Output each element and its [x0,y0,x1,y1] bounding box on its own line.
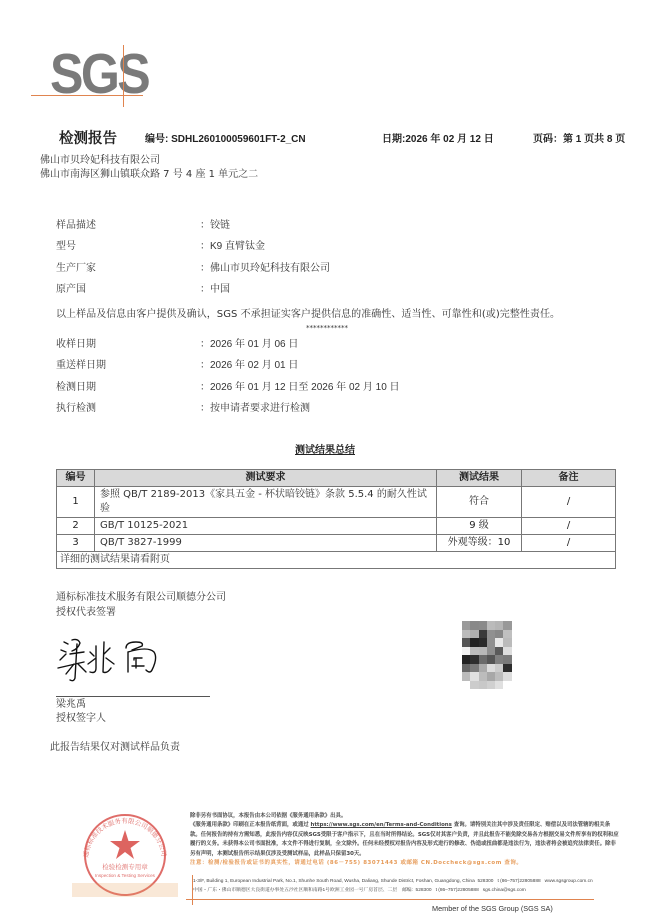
cell-remark: / [522,518,616,535]
sgs-member-text: Member of the SGS Group (SGS SA) [432,904,553,913]
header-result: 测试结果 [437,470,522,487]
footer-terms: 除非另有书面协议，本报告由本公司依据《服务通用条款》出具。 《服务通用条款》印刷… [190,812,620,868]
official-stamp: 通标标准技术服务有限公司顺德分公司 检验检测专用章 Inspection & T… [70,805,180,905]
address-cn: 中国・广东・佛山市顺德区大良街道办事处五沙社区顺和南路1号欧洲工业园一号厂房首层… [193,886,413,895]
svg-text:Inspection & Testing Services: Inspection & Testing Services [95,873,156,878]
cell-no: 1 [57,487,95,518]
cell-remark: / [522,535,616,552]
signer-title: 授权签字人 [56,712,106,726]
field-value: ：铰链 [200,219,230,233]
logo-text: SGS [50,49,148,99]
field-value: ：2026 年 01 月 06 日 [200,338,298,352]
postcode: 528300 [416,886,432,895]
footer-address-block: 1-3/F, Building 1, European Industrial P… [193,877,593,895]
phone: t (86–757)22805888 [497,877,540,886]
report-number: 编号: SDHL260100059601FT-2_CN [145,130,306,145]
field-value: ：按申请者要求进行检测 [200,402,310,416]
report-date: 日期:2026 年 02 月 12 日 [382,130,494,145]
phone: t (86–757)22805888 [436,886,479,895]
field-value: ：K9 直臂钛金 [200,240,265,254]
footer-line-1: 除非另有书面协议，本报告由本公司依据《服务通用条款》出具。 [190,812,620,821]
field-label: 重送样日期 [56,359,106,373]
footer-horizontal-line [186,899,594,900]
address-en: 1-3/F, Building 1, European Industrial P… [193,877,475,886]
field-label: 收样日期 [56,338,96,352]
cell-requirement: 参照 QB/T 2189-2013《家具五金 - 杯状暗铰链》条款 5.5.4 … [95,487,437,518]
footer-line-2: 《服务通用条款》印刷在正本报告纸背面，或通过 https://www.sgs.c… [190,821,620,859]
report-title: 检测报告 [59,127,117,148]
signer-block: 梁兆禹 授权签字人 [56,698,106,726]
responsibility-note: 此报告结果仅对测试样品负责 [50,738,180,753]
postcode: 528300 [477,877,493,886]
separator-stars: ************ [306,324,348,332]
signer-name: 梁兆禹 [56,698,106,712]
cell-remark: / [522,487,616,518]
cell-no: 3 [57,535,95,552]
qr-code [462,621,512,689]
client-block: 佛山市贝玲妃科技有限公司 佛山市南海区狮山镇联众路 7 号 4 座 1 单元之二 [40,154,258,182]
field-label: 执行检测 [56,402,96,416]
table-row: 1 参照 QB/T 2189-2013《家具五金 - 杯状暗铰链》条款 5.5.… [57,487,616,518]
client-name: 佛山市贝玲妃科技有限公司 [40,154,258,168]
field-label: 生产厂家 [56,262,96,276]
summary-title: 测试结果总结 [0,441,650,456]
header-no: 编号 [57,470,95,487]
cell-requirement: GB/T 10125-2021 [95,518,437,535]
website[interactable]: www.sgsgroup.com.cn [545,877,593,886]
logo-horizontal-line [31,95,143,96]
table-footer-row: 详细的测试结果请看附页 [57,552,616,569]
authenticity-notice: 注意：检测/检验报告或证书的真实性，请通过电话 (86－755) 8307144… [190,859,620,868]
field-value: ：2026 年 01 月 12 日至 2026 年 02 月 10 日 [200,381,400,395]
cell-result: 9 级 [437,518,522,535]
field-label: 原产国 [56,283,86,297]
address-cn-line: 中国・广东・佛山市顺德区大良街道办事处五沙社区顺和南路1号欧洲工业园一号厂房首层… [193,886,593,895]
field-value: ：佛山市贝玲妃科技有限公司 [200,262,330,276]
cell-requirement: QB/T 3827-1999 [95,535,437,552]
cell-result: 外观等级：10 [437,535,522,552]
signature-line [56,696,210,697]
cell-result: 符合 [437,487,522,518]
client-address: 佛山市南海区狮山镇联众路 7 号 4 座 1 单元之二 [40,168,258,182]
header-requirement: 测试要求 [95,470,437,487]
address-en-line: 1-3/F, Building 1, European Industrial P… [193,877,593,886]
signing-company: 通标标准技术服务有限公司顺德分公司 [56,590,226,605]
results-table: 编号 测试要求 测试结果 备注 1 参照 QB/T 2189-2013《家具五金… [56,469,616,569]
page-indicator: 页码：第 1 页共 8 页 [533,130,625,145]
svg-text:检验检测专用章: 检验检测专用章 [102,862,148,871]
table-footer-note: 详细的测试结果请看附页 [57,552,616,569]
field-value: ：2026 年 02 月 01 日 [200,359,298,373]
signing-role: 授权代表签署 [56,605,226,620]
field-label: 样品描述 [56,219,96,233]
table-row: 3 QB/T 3827-1999 外观等级：10 / [57,535,616,552]
email[interactable]: sgs.china@sgs.com [483,886,526,895]
cell-no: 2 [57,518,95,535]
field-value: ：中国 [200,283,230,297]
disclaimer-text: 以上样品及信息由客户提供及确认，SGS 不承担证实客户提供信息的准确性、适当性、… [56,305,560,320]
handwritten-signature [48,634,178,689]
sgs-logo: SGS [31,45,143,107]
table-header-row: 编号 测试要求 测试结果 备注 [57,470,616,487]
table-row: 2 GB/T 10125-2021 9 级 / [57,518,616,535]
field-label: 型号 [56,240,76,254]
field-label: 检测日期 [56,381,96,395]
header-remark: 备注 [522,470,616,487]
terms-link[interactable]: https://www.sgs.com/en/Terms-and-Conditi… [311,822,452,828]
logo-vertical-line [123,45,124,107]
signing-company-block: 通标标准技术服务有限公司顺德分公司 授权代表签署 [56,590,226,620]
